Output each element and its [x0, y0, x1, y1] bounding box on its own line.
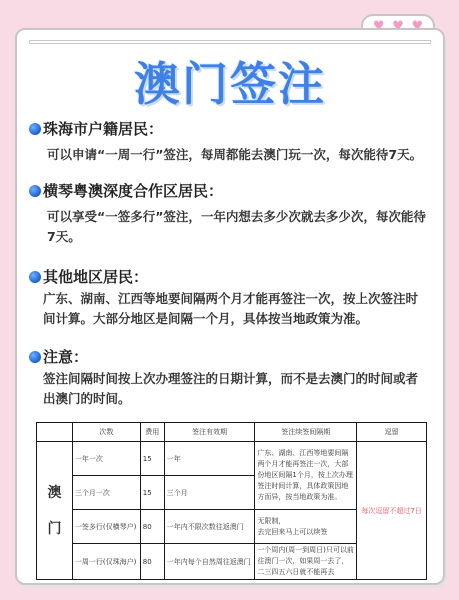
- times-cell: 三个月一次: [72, 476, 140, 510]
- section-other-regions: 其他地区居民： 广东、湖南、江西等地要间隔两个月才能再签注一次，按上次签注时间计…: [29, 266, 433, 329]
- table-row: 澳 门 一年一次 15 一年 广东、湖南、江西等地要间隔两个月才能再签注一次，大…: [37, 442, 427, 476]
- section-body: 可以享受“一签多行”签注，一年内想去多少次就去多少次，每次能待7天。: [29, 207, 433, 247]
- content-card: 澳门签注 珠海市户籍居民： 可以申请“一周一行”签注，每周都能去澳门玩一次，每次…: [15, 28, 445, 585]
- section-heading: 横琴粤澳深度合作区居民：: [43, 180, 223, 201]
- header-cell: [37, 423, 73, 442]
- visa-table: 次数 费用 签注有效期 签注续签间隔期 逗留 澳 门 一年一次 15 一年 广东…: [36, 422, 427, 580]
- section-note: 注意： 签注间隔时间按上次办理签注的日期计算，而不是去澳门的时间或者出澳门的时间…: [29, 346, 433, 409]
- fee-cell: 80: [140, 544, 164, 580]
- fee-cell: 15: [140, 442, 164, 476]
- bullet-dot-icon: [29, 351, 41, 363]
- bullet-dot-icon: [29, 123, 41, 135]
- header-cell: 次数: [72, 423, 140, 442]
- section-zhuhai: 珠海市户籍居民： 可以申请“一周一行”签注，每周都能去澳门玩一次，每次能待7天。: [29, 118, 433, 165]
- header-cell: 签注续签间隔期: [255, 423, 357, 442]
- section-body: 可以申请“一周一行”签注，每周都能去澳门玩一次，每次能待7天。: [29, 145, 433, 165]
- interval-cell: 无限制， 去完回来马上可以续签: [255, 510, 357, 544]
- section-hengqin: 横琴粤澳深度合作区居民： 可以享受“一签多行”签注，一年内想去多少次就去多少次，…: [29, 180, 433, 247]
- city-cell: 澳 门: [37, 442, 73, 580]
- interval-cell: 一个周内(周一到周日)只可以前往澳门一次，如果周一去了，二三四五六日就不能再去: [255, 544, 357, 580]
- city-char: 门: [39, 511, 70, 547]
- interval-cell: 广东、湖南、江西等地要间隔两个月才能再签注一次，大部份地区间隔1个月，按上次办理…: [255, 442, 357, 510]
- fee-cell: 15: [140, 476, 164, 510]
- fee-cell: 80: [140, 510, 164, 544]
- section-body: 广东、湖南、江西等地要间隔两个月才能再签注一次，按上次签注时间计算。大部分地区是…: [29, 289, 433, 329]
- times-cell: 一年一次: [72, 442, 140, 476]
- times-cell: 一签多行(仅横琴户): [72, 510, 140, 544]
- table-header-row: 次数 费用 签注有效期 签注续签间隔期 逗留: [37, 423, 427, 442]
- section-heading: 珠海市户籍居民：: [43, 118, 163, 139]
- times-cell: 一周一行(仅珠海户): [72, 544, 140, 580]
- stay-cell: 每次逗留不超过7日: [357, 442, 427, 580]
- page-title: 澳门签注: [17, 48, 443, 114]
- bullet-dot-icon: [29, 271, 41, 283]
- header-cell: 逗留: [357, 423, 427, 442]
- city-char: 澳: [39, 475, 70, 511]
- section-heading: 注意：: [43, 346, 88, 367]
- validity-cell: 一年: [164, 442, 255, 476]
- bullet-dot-icon: [29, 185, 41, 197]
- section-heading: 其他地区居民：: [43, 266, 148, 287]
- validity-cell: 一年内不限次数往返澳门: [164, 510, 255, 544]
- header-cell: 签注有效期: [164, 423, 255, 442]
- validity-cell: 三个月: [164, 476, 255, 510]
- divider: [29, 40, 431, 44]
- header-cell: 费用: [140, 423, 164, 442]
- section-body: 签注间隔时间按上次办理签注的日期计算，而不是去澳门的时间或者出澳门的时间。: [29, 369, 433, 409]
- validity-cell: 一年内每个自然周往返澳门: [164, 544, 255, 580]
